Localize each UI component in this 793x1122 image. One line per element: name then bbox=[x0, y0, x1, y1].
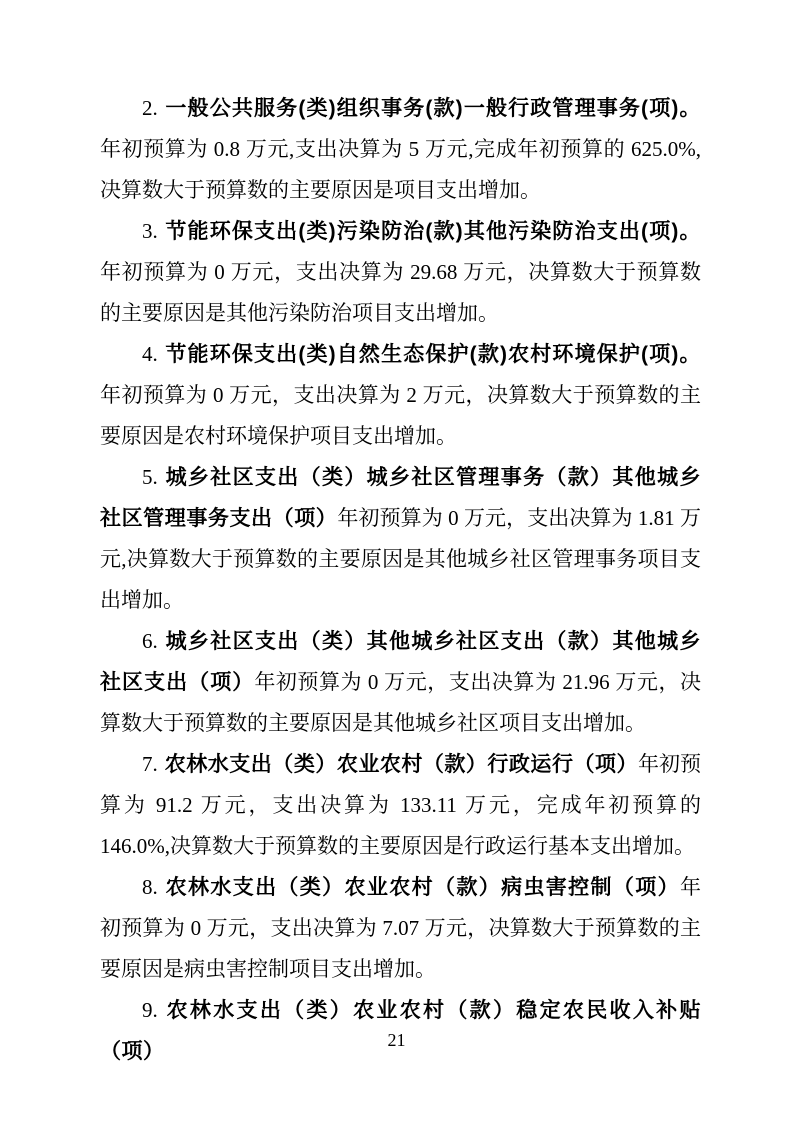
item-number: 5. bbox=[142, 465, 158, 489]
budget-item-paragraph: 2.一般公共服务(类)组织事务(款)一般行政管理事务(项)。年初预算为 0.8 … bbox=[100, 88, 701, 211]
item-body: 年初预算为 0.8 万元,支出决算为 5 万元,完成年初预算的 625.0%,决… bbox=[100, 137, 701, 202]
item-number: 4. bbox=[142, 342, 158, 366]
item-number: 9. bbox=[142, 998, 158, 1022]
item-heading: 一般公共服务(类)组织事务(款)一般行政管理事务(项)。 bbox=[165, 97, 701, 120]
item-body: 年初预算为 0 万元，支出决算为 2 万元，决算数大于预算数的主要原因是农村环境… bbox=[100, 383, 701, 448]
item-number: 7. bbox=[142, 752, 158, 776]
item-body: 年初预算为 0 万元，支出决算为 29.68 万元，决算数大于预算数的主要原因是… bbox=[100, 260, 701, 325]
budget-item-paragraph: 8.农林水支出（类）农业农村（款）病虫害控制（项）年初预算为 0 万元，支出决算… bbox=[100, 867, 701, 990]
page-content: 2.一般公共服务(类)组织事务(款)一般行政管理事务(项)。年初预算为 0.8 … bbox=[100, 88, 701, 1072]
page-number: 21 bbox=[0, 1028, 793, 1052]
item-heading: 节能环保支出(类)自然生态保护(款)农村环境保护(项)。 bbox=[165, 343, 701, 366]
budget-item-paragraph: 6.城乡社区支出（类）其他城乡社区支出（款）其他城乡社区支出（项）年初预算为 0… bbox=[100, 621, 701, 744]
item-number: 2. bbox=[142, 96, 158, 120]
budget-item-paragraph: 7.农林水支出（类）农业农村（款）行政运行（项）年初预算为 91.2 万元，支出… bbox=[100, 744, 701, 867]
item-heading: 农林水支出（类）农业农村（款）病虫害控制（项） bbox=[165, 876, 680, 899]
budget-item-paragraph: 5.城乡社区支出（类）城乡社区管理事务（款）其他城乡社区管理事务支出（项）年初预… bbox=[100, 457, 701, 621]
item-heading: 节能环保支出(类)污染防治(款)其他污染防治支出(项)。 bbox=[165, 220, 701, 243]
item-number: 6. bbox=[142, 629, 158, 653]
budget-item-paragraph: 3.节能环保支出(类)污染防治(款)其他污染防治支出(项)。年初预算为 0 万元… bbox=[100, 211, 701, 334]
document-page: 2.一般公共服务(类)组织事务(款)一般行政管理事务(项)。年初预算为 0.8 … bbox=[0, 0, 793, 1122]
item-heading: 农林水支出（类）农业农村（款）行政运行（项） bbox=[165, 753, 638, 776]
item-number: 3. bbox=[142, 219, 158, 243]
budget-item-paragraph: 4.节能环保支出(类)自然生态保护(款)农村环境保护(项)。年初预算为 0 万元… bbox=[100, 334, 701, 457]
item-number: 8. bbox=[142, 875, 158, 899]
